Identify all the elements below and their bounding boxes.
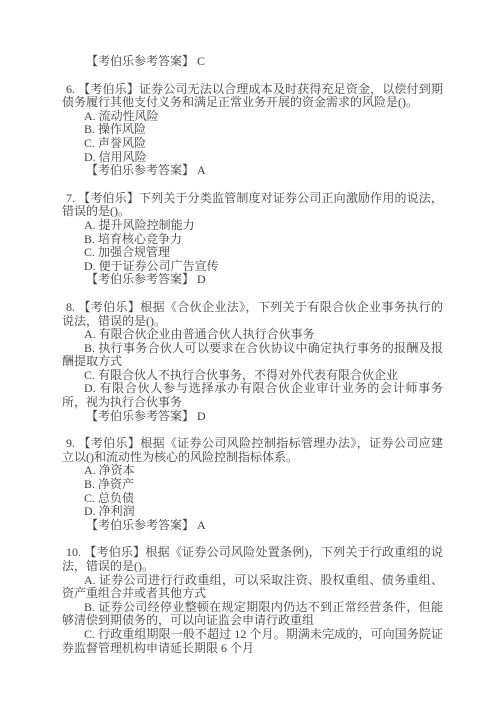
source-tag: 【考伯乐】 <box>78 191 139 205</box>
question-stem: 10.【考伯乐】根据《证券公司风险处置条例)，下列关于行政重组的说法，错误的是(… <box>62 546 443 573</box>
option-b: B. 操作风险 <box>62 123 443 137</box>
question-number: 9. <box>66 436 75 450</box>
option-b: B. 证券公司经停业整顿在规定期限内仍达不到正常经营条件，但能够清偿到期债务的，… <box>62 601 443 628</box>
answer-value: D <box>197 409 206 423</box>
source-tag: 【考伯乐】 <box>78 300 140 314</box>
option-c: C. 加强合规管理 <box>62 246 443 260</box>
question-number: 8. <box>66 300 75 314</box>
answer-label: 【考伯乐参考答案】 <box>86 409 194 423</box>
previous-question-answer-line: 【考伯乐参考答案】C <box>62 55 443 69</box>
question-8: 8.【考伯乐】根据《合伙企业法》，下列关于有限合伙企业事务执行的说法，错误的是(… <box>62 301 443 423</box>
option-c: C. 声誉风险 <box>62 137 443 151</box>
question-stem: 7.【考伯乐】下列关于分类监管制度对证券公司正向激励作用的说法，错误的是()。 <box>62 192 443 219</box>
option-a: A. 净资本 <box>62 464 443 478</box>
answer-label: 【考伯乐参考答案】 <box>86 163 194 177</box>
question-stem: 8.【考伯乐】根据《合伙企业法》，下列关于有限合伙企业事务执行的说法，错误的是(… <box>62 301 443 328</box>
question-number: 7. <box>66 191 75 205</box>
question-6: 6.【考伯乐】证券公司无法以合理成本及时获得充足资金，以偿付到期债务履行其他支付… <box>62 83 443 178</box>
answer-line: 【考伯乐参考答案】A <box>62 519 443 533</box>
question-10: 10.【考伯乐】根据《证券公司风险处置条例)，下列关于行政重组的说法，错误的是(… <box>62 546 443 655</box>
source-tag: 【考伯乐】 <box>78 436 140 450</box>
option-a: A. 证券公司进行行政重组，可以采取注资、股权重组、债务重组、资产重组合并或者其… <box>62 574 443 601</box>
answer-value: A <box>197 163 206 177</box>
option-b: B. 净资产 <box>62 478 443 492</box>
answer-line: 【考伯乐参考答案】D <box>62 273 443 287</box>
option-a: A. 提升风险控制能力 <box>62 219 443 233</box>
question-stem: 9.【考伯乐】根据《证券公司风险控制指标管理办法》，证券公司应建立以()和流动性… <box>62 437 443 464</box>
source-tag: 【考伯乐】 <box>84 545 145 559</box>
question-7: 7.【考伯乐】下列关于分类监管制度对证券公司正向激励作用的说法，错误的是()。 … <box>62 192 443 287</box>
source-tag: 【考伯乐】 <box>78 82 139 96</box>
answer-value: A <box>197 518 206 532</box>
answer-label: 【考伯乐参考答案】 <box>86 54 194 68</box>
question-number: 10. <box>66 545 81 559</box>
answer-value: C <box>197 54 205 68</box>
option-b: B. 执行事务合伙人可以要求在合伙协议中确定执行事务的报酬及报酬提取方式 <box>62 342 443 369</box>
answer-line: 【考伯乐参考答案】A <box>62 164 443 178</box>
question-stem: 6.【考伯乐】证券公司无法以合理成本及时获得充足资金，以偿付到期债务履行其他支付… <box>62 83 443 110</box>
answer-label: 【考伯乐参考答案】 <box>86 272 194 286</box>
answer-label: 【考伯乐参考答案】 <box>86 518 194 532</box>
option-a: A. 有限合伙企业由普通合伙人执行合伙事务 <box>62 328 443 342</box>
scanned-exam-page: 【考伯乐参考答案】C 6.【考伯乐】证券公司无法以合理成本及时获得充足资金，以偿… <box>0 0 500 707</box>
option-d: D. 净利润 <box>62 505 443 519</box>
option-c: C. 行政重组期限一般不超过 12 个月。期满未完成的，可向国务院证券监督管理机… <box>62 628 443 655</box>
answer-line: 【考伯乐参考答案】D <box>62 410 443 424</box>
question-9: 9.【考伯乐】根据《证券公司风险控制指标管理办法》，证券公司应建立以()和流动性… <box>62 437 443 532</box>
answer-value: D <box>197 272 206 286</box>
option-d: D. 有限合伙人参与选择承办有限合伙企业审计业务的会计师事务所，视为执行合伙事务 <box>62 382 443 409</box>
question-number: 6. <box>66 82 75 96</box>
